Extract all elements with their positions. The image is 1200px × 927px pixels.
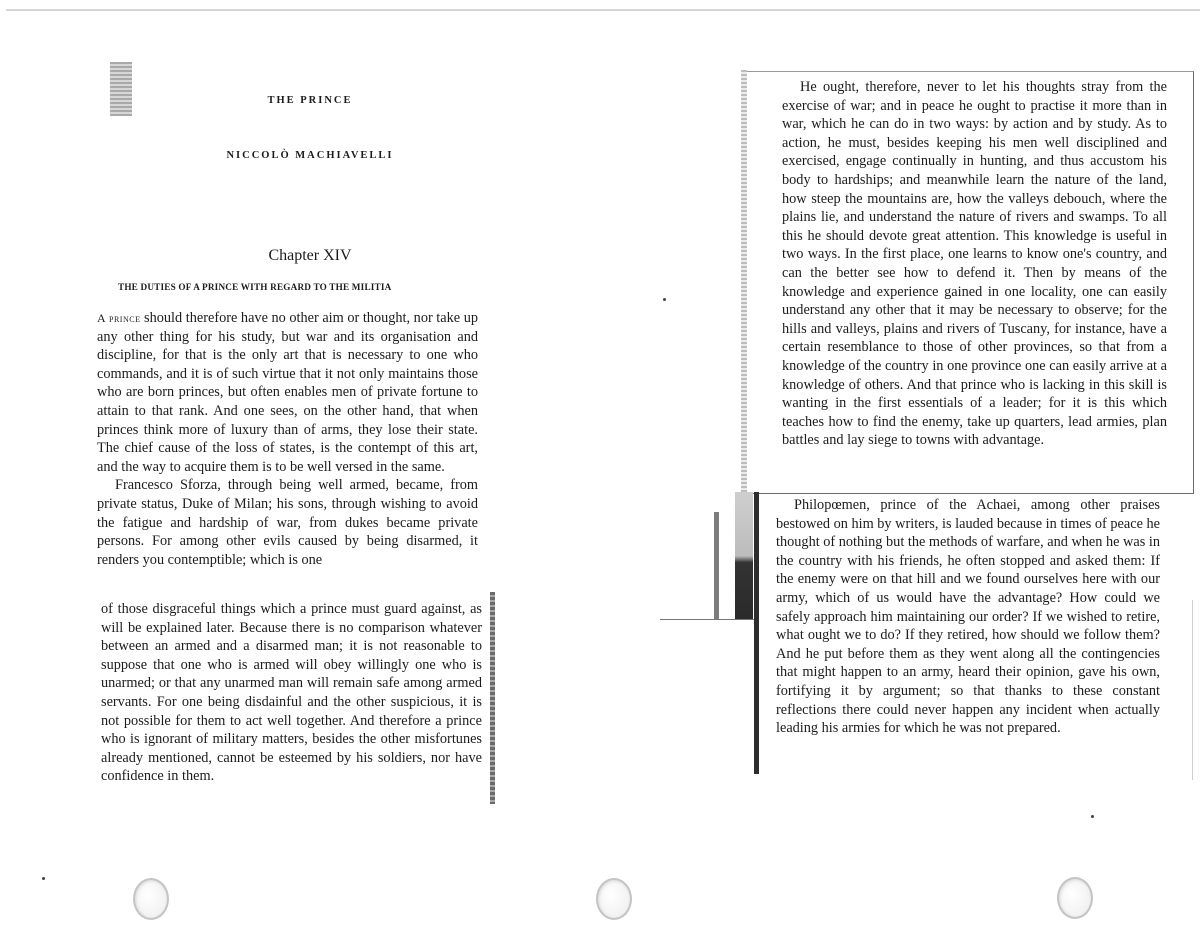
right-text-lower: Philopœmen, prince of the Achaei, among … [776,496,1160,738]
paragraph: A prince should therefore have no other … [97,309,478,476]
scan-top-edge [6,9,1200,11]
clipping-edge [741,70,747,495]
scan-speck [1091,815,1094,818]
scan-shadow [735,492,753,620]
chapter-subtitle: THE DUTIES OF A PRINCE WITH REGARD TO TH… [118,282,392,292]
scan-artifact [110,62,132,116]
paragraph-text: should therefore have no other aim or th… [97,310,478,475]
scan-speck [42,877,45,880]
clipping-edge [660,619,754,620]
paragraph-lead: A prince [97,311,140,325]
running-title: THE PRINCE [0,95,620,106]
right-text-upper: He ought, therefore, never to let his th… [782,78,1167,450]
paragraph: Francesco Sforza, through being well arm… [97,476,478,569]
scan-edge [1192,600,1193,780]
paragraph: of those disgraceful things which a prin… [101,600,482,786]
punch-hole-icon [1057,877,1093,919]
left-text-lower: of those disgraceful things which a prin… [101,600,482,786]
clipping-edge [490,592,495,804]
chapter-heading: Chapter XIV [0,247,620,265]
scan-speck [663,298,666,301]
paragraph: He ought, therefore, never to let his th… [782,78,1167,450]
punch-hole-icon [133,878,169,920]
scan-shadow [714,512,719,620]
clipping-edge [754,492,759,774]
author-name: NICCOLÒ MACHIAVELLI [0,150,620,161]
punch-hole-icon [596,878,632,920]
paragraph: Philopœmen, prince of the Achaei, among … [776,496,1160,738]
left-text-upper: A prince should therefore have no other … [97,309,478,569]
